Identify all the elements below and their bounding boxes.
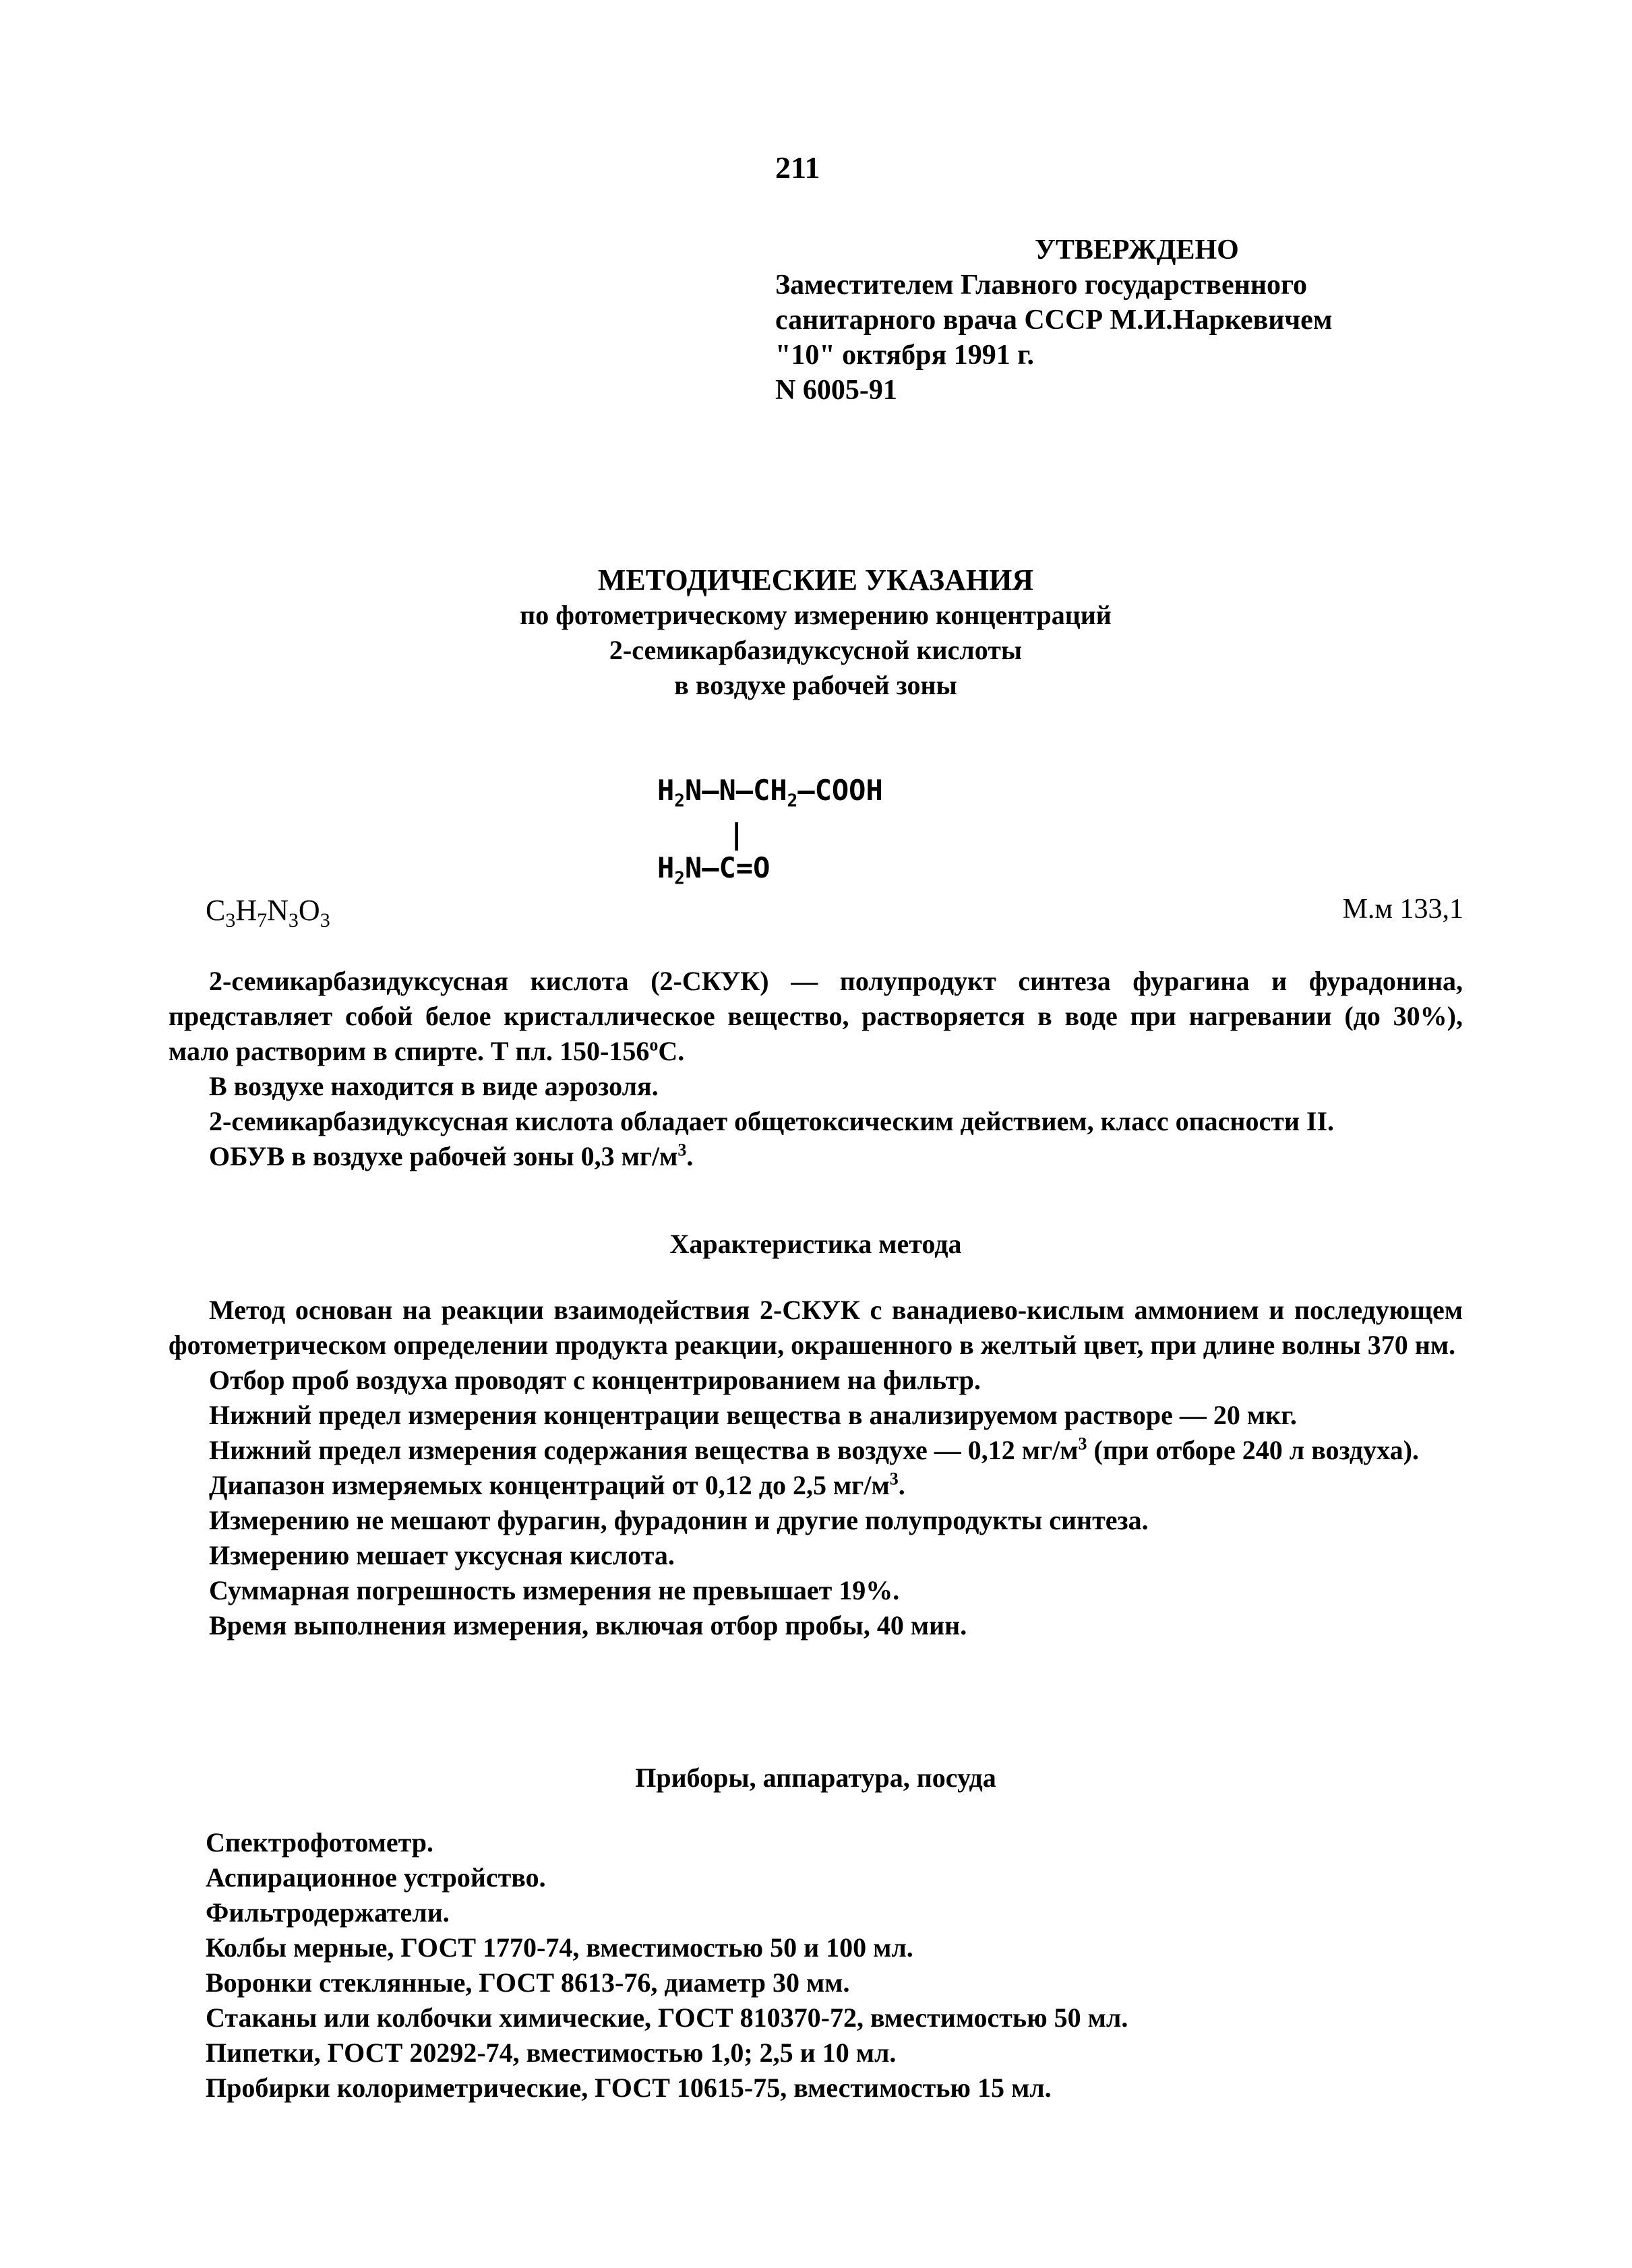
- list-item: Воронки стеклянные, ГОСТ 8613-76, диамет…: [206, 1965, 1128, 2000]
- page-number: 211: [775, 150, 820, 185]
- subscript: 2: [674, 791, 685, 811]
- list-item: Аспирационное устройство.: [206, 1860, 1128, 1895]
- section-heading-method: Характеристика метода: [169, 1228, 1463, 1260]
- approval-heading: УТВЕРЖДЕНО: [775, 233, 1449, 268]
- atoms: N—C=O: [685, 851, 770, 884]
- paragraph: Нижний предел измерения концентрации вещ…: [169, 1398, 1463, 1433]
- atoms: —COOH: [797, 774, 882, 807]
- document-title: МЕТОДИЧЕСКИЕ УКАЗАНИЯ по фотометрическом…: [404, 563, 1227, 703]
- equipment-list: Спектрофотометр. Аспирационное устройств…: [206, 1825, 1128, 2106]
- list-item: Пипетки, ГОСТ 20292-74, вместимостью 1,0…: [206, 2035, 1128, 2071]
- paragraph: Измерению не мешают фурагин, фурадонин и…: [169, 1503, 1463, 1538]
- paragraph: 2-семикарбазидуксусная кислота (2-СКУК) …: [169, 964, 1463, 1069]
- paragraph: 2-семикарбазидуксусная кислота обладает …: [169, 1104, 1463, 1139]
- list-item: Стаканы или колбочки химические, ГОСТ 81…: [206, 2000, 1128, 2035]
- paragraph: Нижний предел измерения содержания вещес…: [169, 1433, 1463, 1468]
- empirical-formula: C3H7N3O3: [206, 893, 330, 932]
- title-line: МЕТОДИЧЕСКИЕ УКАЗАНИЯ: [404, 563, 1227, 598]
- paragraph: В воздухе находится в виде аэрозоля.: [169, 1069, 1463, 1104]
- method-section: Метод основан на реакции взаимодействия …: [169, 1293, 1463, 1643]
- intro-section: 2-семикарбазидуксусная кислота (2-СКУК) …: [169, 964, 1463, 1174]
- paragraph: Диапазон измеряемых концентраций от 0,12…: [169, 1468, 1463, 1503]
- section-heading-equipment: Приборы, аппаратура, посуда: [169, 1762, 1463, 1794]
- title-line: по фотометрическому измерению концентрац…: [404, 598, 1227, 633]
- title-line: в воздухе рабочей зоны: [404, 668, 1227, 703]
- structural-formula: H2N—N—CH2—COOH | H2N—C=O: [657, 774, 883, 896]
- paragraph: Измерению мешает уксусная кислота.: [169, 1538, 1463, 1573]
- atoms: N—N—CH: [685, 774, 787, 807]
- paragraph: Метод основан на реакции взаимодействия …: [169, 1293, 1463, 1363]
- molar-mass: М.м 133,1: [1343, 893, 1463, 925]
- subscript: 2: [674, 869, 685, 889]
- title-line: 2-семикарбазидуксусной кислоты: [404, 633, 1227, 668]
- paragraph: Суммарная погрешность измерения не превы…: [169, 1573, 1463, 1608]
- list-item: Фильтродержатели.: [206, 1895, 1128, 1930]
- bond: |: [657, 818, 883, 851]
- approval-line: N 6005-91: [775, 373, 1449, 408]
- list-item: Пробирки колориметрические, ГОСТ 10615-7…: [206, 2071, 1128, 2106]
- approval-line: Заместителем Главного государственного: [775, 268, 1449, 303]
- list-item: Колбы мерные, ГОСТ 1770-74, вместимостью…: [206, 1930, 1128, 1965]
- approval-line: "10" октября 1991 г.: [775, 338, 1449, 373]
- atom: H: [657, 774, 674, 807]
- approval-block: УТВЕРЖДЕНО Заместителем Главного государ…: [775, 233, 1449, 408]
- list-item: Спектрофотометр.: [206, 1825, 1128, 1860]
- approval-line: санитарного врача СССР М.И.Наркевичем: [775, 303, 1449, 338]
- paragraph: Отбор проб воздуха проводят с концентрир…: [169, 1363, 1463, 1398]
- paragraph: Время выполнения измерения, включая отбо…: [169, 1608, 1463, 1643]
- subscript: 2: [787, 791, 798, 811]
- paragraph: ОБУВ в воздухе рабочей зоны 0,3 мг/м3.: [169, 1139, 1463, 1174]
- atom: H: [657, 851, 674, 884]
